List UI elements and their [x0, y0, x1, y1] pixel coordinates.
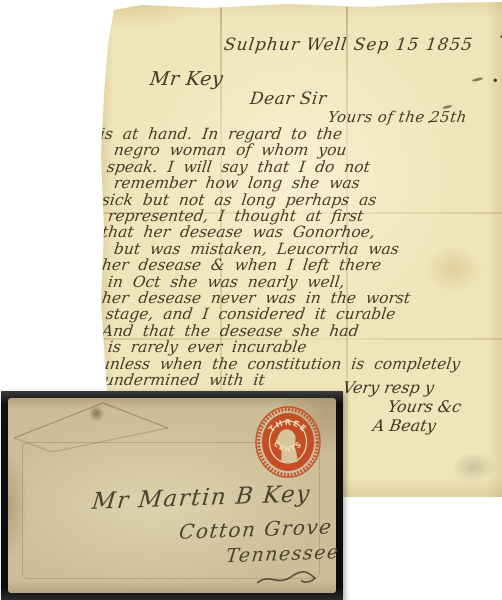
letter-body-line: unless when the constitution is complete… — [99, 356, 461, 372]
letter-body-line: sick but not as long perhaps as — [99, 192, 461, 208]
letter-closing: Very resp y Yours &c A Beaty — [343, 378, 461, 435]
address-flourish — [255, 569, 320, 589]
envelope-address-line: Cotton Grove — [178, 514, 334, 543]
letter-body-line: her desease & when I left there — [99, 257, 461, 273]
letter-body-line: remember how long she was — [99, 175, 461, 191]
letter-body-line: but was mistaken, Leucorrha was — [99, 241, 461, 257]
letter-closing-line: Yours &c — [341, 397, 462, 416]
envelope: THREE CENTS Mr Martin B Key Cotton Grove… — [8, 398, 336, 593]
envelope-address-line: Tennessee — [225, 541, 341, 567]
letter-dateline: Sulphur Well Sep 15 1855 — [223, 35, 475, 55]
letter-addressee: Mr Key — [149, 68, 225, 90]
envelope-address: Mr Martin B Key Cotton Grove Tennessee — [5, 392, 340, 598]
envelope-address-line: Mr Martin B Key — [91, 481, 312, 515]
letter-body-line: speak. I will say that I do not — [99, 159, 461, 175]
letter-body-line: in Oct she was nearly well, — [99, 274, 461, 290]
letter-body-line: that her desease was Gonorhoe, — [99, 224, 461, 240]
letter-body-line: And that the desease she had — [99, 323, 461, 339]
scanned-letter-photo: Sulphur Well Sep 15 1855 Mr Key Dear Sir… — [0, 0, 502, 600]
letter-signature: A Beaty — [341, 416, 462, 435]
letter-body-line: negro woman of whom you — [99, 142, 461, 158]
letter-closing-line: Very resp y — [341, 378, 462, 397]
letter-body-line: represented, I thought at first — [99, 208, 461, 224]
letter-body-line: is at hand. In regard to the — [99, 126, 461, 142]
letter-body-line: stage, and I considered it curable — [99, 306, 461, 322]
letter-body: is at hand. In regard to the negro woman… — [100, 126, 460, 389]
letter-opening-line: Yours of the 25th — [327, 108, 468, 126]
letter-body-line: her desease never was in the worst — [99, 290, 461, 306]
envelope-photo-frame: THREE CENTS Mr Martin B Key Cotton Grove… — [1, 391, 343, 600]
letter-salutation: Dear Sir — [249, 89, 328, 109]
letter-body-line: is rarely ever incurable — [99, 339, 461, 355]
